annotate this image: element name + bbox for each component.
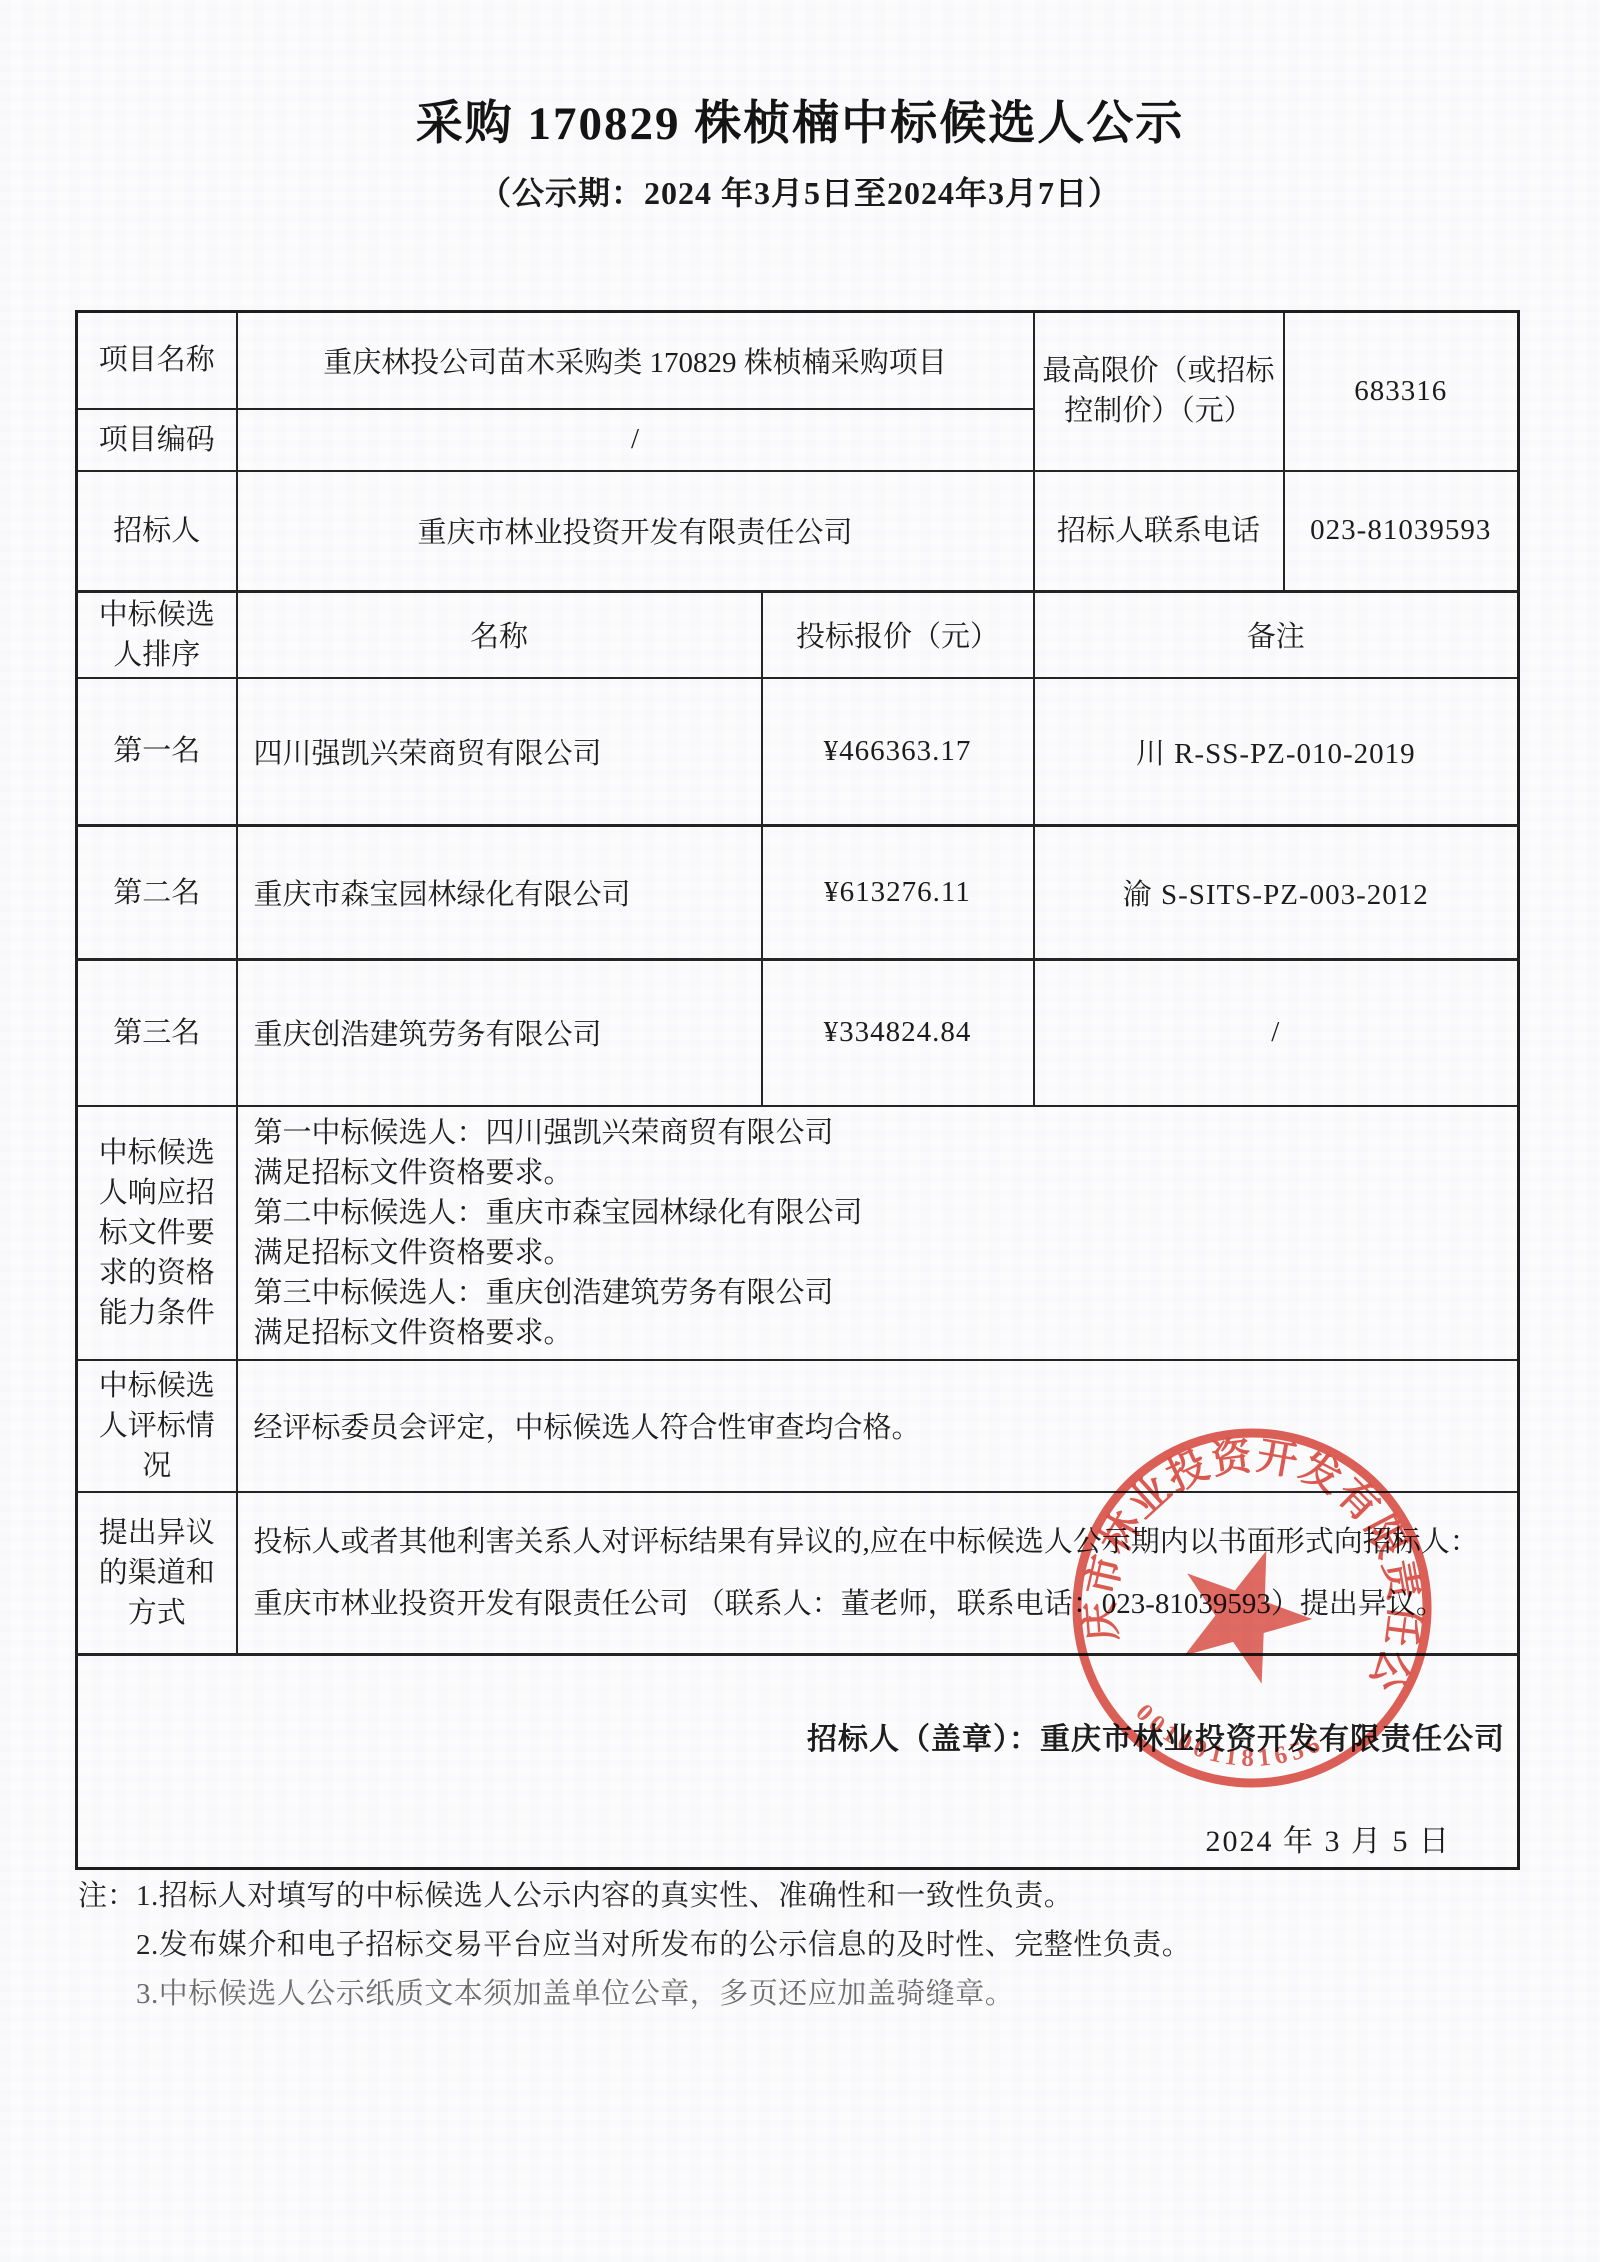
price-header: 投标报价（元）: [762, 592, 1034, 678]
note-item-2: 2.发布媒介和电子招标交易平台应当对所发布的公示信息的及时性、完整性负责。: [136, 1921, 1191, 1970]
row-project-name: 项目名称 重庆林投公司苗木采购类 170829 株桢楠采购项目 最高限价（或招标…: [77, 312, 1519, 409]
project-name-label: 项目名称: [77, 312, 237, 409]
candidate-rank: 第三名: [77, 960, 237, 1106]
qualification-label: 中标候选 人响应招 标文件要 求的资格 能力条件: [77, 1106, 237, 1360]
tenderer-phone-value: 023-81039593: [1284, 471, 1519, 592]
objection-row: 提出异议 的渠道和 方式 投标人或者其他利害关系人对评标结果有异议的,应在中标候…: [77, 1492, 1519, 1655]
qualification-row: 中标候选 人响应招 标文件要 求的资格 能力条件 第一中标候选人：四川强凯兴荣商…: [77, 1106, 1519, 1360]
document-page: 采购 170829 株桢楠中标候选人公示 （公示期：2024 年3月5日至202…: [0, 0, 1600, 2262]
signature-date: 2024 年 3 月 5 日: [78, 1816, 1517, 1860]
project-code-label: 项目编码: [77, 409, 237, 471]
evaluation-label: 中标候选 人评标情 况: [77, 1360, 237, 1492]
notes-prefix: 注：: [78, 1872, 136, 2019]
project-name-value: 重庆林投公司苗木采购类 170829 株桢楠采购项目: [237, 312, 1034, 409]
signature-row: 招标人（盖章）：重庆市林业投资开发有限责任公司 2024 年 3 月 5 日: [77, 1655, 1519, 1869]
notes-block: 注： 1.招标人对填写的中标候选人公示内容的真实性、准确性和一致性负责。 2.发…: [78, 1872, 1518, 2019]
objection-label: 提出异议 的渠道和 方式: [77, 1492, 237, 1655]
rank-header: 中标候选 人排序: [77, 592, 237, 678]
evaluation-row: 中标候选 人评标情 况 经评标委员会评定，中标候选人符合性审查均合格。: [77, 1360, 1519, 1492]
note-item-3: 3.中标候选人公示纸质文本须加盖单位公章，多页还应加盖骑缝章。: [136, 1970, 1191, 2019]
remark-header: 备注: [1034, 592, 1519, 678]
candidate-remark: /: [1034, 960, 1519, 1106]
tenderer-value: 重庆市林业投资开发有限责任公司: [237, 471, 1034, 592]
candidate-remark: 川 R-SS-PZ-010-2019: [1034, 678, 1519, 826]
candidate-price: ¥466363.17: [762, 678, 1034, 826]
candidate-row-1: 第一名 四川强凯兴荣商贸有限公司 ¥466363.17 川 R-SS-PZ-01…: [77, 678, 1519, 826]
evaluation-content: 经评标委员会评定，中标候选人符合性审查均合格。: [237, 1360, 1519, 1492]
max-price-label: 最高限价（或招标 控制价）（元）: [1034, 312, 1284, 471]
tenderer-phone-label: 招标人联系电话: [1034, 471, 1284, 592]
candidate-name: 重庆市森宝园林绿化有限公司: [237, 826, 762, 960]
notes-list: 1.招标人对填写的中标候选人公示内容的真实性、准确性和一致性负责。 2.发布媒介…: [136, 1872, 1191, 2019]
name-header: 名称: [237, 592, 762, 678]
candidate-name: 四川强凯兴荣商贸有限公司: [237, 678, 762, 826]
project-code-value: /: [237, 409, 1034, 471]
note-item-1: 1.招标人对填写的中标候选人公示内容的真实性、准确性和一致性负责。: [136, 1872, 1191, 1921]
candidate-row-3: 第三名 重庆创浩建筑劳务有限公司 ¥334824.84 /: [77, 960, 1519, 1106]
candidate-name: 重庆创浩建筑劳务有限公司: [237, 960, 762, 1106]
candidate-price: ¥334824.84: [762, 960, 1034, 1106]
row-tenderer: 招标人 重庆市林业投资开发有限责任公司 招标人联系电话 023-81039593: [77, 471, 1519, 592]
page-title: 采购 170829 株桢楠中标候选人公示: [0, 86, 1600, 153]
signature-line: 招标人（盖章）：重庆市林业投资开发有限责任公司: [78, 1714, 1517, 1758]
tenderer-label: 招标人: [77, 471, 237, 592]
max-price-value: 683316: [1284, 312, 1519, 471]
candidate-rank: 第一名: [77, 678, 237, 826]
qualification-content: 第一中标候选人：四川强凯兴荣商贸有限公司 满足招标文件资格要求。 第二中标候选人…: [237, 1106, 1519, 1360]
announcement-table: 项目名称 重庆林投公司苗木采购类 170829 株桢楠采购项目 最高限价（或招标…: [75, 310, 1520, 1870]
candidate-row-2: 第二名 重庆市森宝园林绿化有限公司 ¥613276.11 渝 S-SITS-PZ…: [77, 826, 1519, 960]
page-subtitle: （公示期：2024 年3月5日至2024年3月7日）: [0, 168, 1600, 214]
candidate-rank: 第二名: [77, 826, 237, 960]
candidates-header-row: 中标候选 人排序 名称 投标报价（元） 备注: [77, 592, 1519, 678]
candidate-price: ¥613276.11: [762, 826, 1034, 960]
signature-cell: 招标人（盖章）：重庆市林业投资开发有限责任公司 2024 年 3 月 5 日: [77, 1655, 1519, 1869]
candidate-remark: 渝 S-SITS-PZ-003-2012: [1034, 826, 1519, 960]
objection-content: 投标人或者其他利害关系人对评标结果有异议的,应在中标候选人公示期内以书面形式向招…: [237, 1492, 1519, 1655]
